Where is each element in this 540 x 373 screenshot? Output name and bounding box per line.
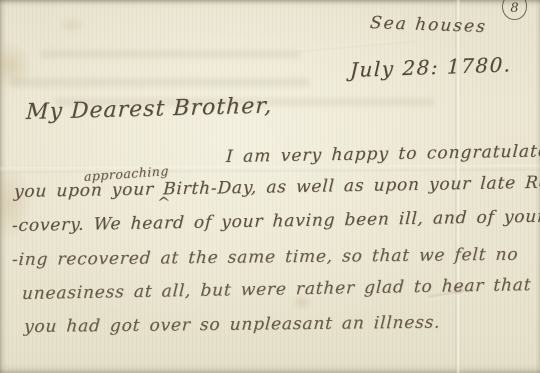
page-number: 8: [510, 1, 518, 16]
body-line: -ing recovered at the same time, so that…: [11, 245, 519, 270]
body-line: you had got over so unpleasant an illnes…: [23, 313, 441, 337]
fold-crease-diagonal: [296, 39, 416, 52]
ink-bleedthrough: [40, 50, 300, 58]
page-number-badge: 8: [502, 0, 527, 20]
body-line: I am very happy to congratulate: [225, 141, 540, 167]
ink-bleedthrough: [10, 78, 310, 87]
place-line: Sea houses: [369, 13, 488, 37]
date-line: July 28: 1780.: [350, 52, 513, 82]
salutation: My Dearest Brother,: [25, 94, 272, 125]
paper-stain: [58, 16, 86, 34]
letter-page-scan: 8 Sea houses July 28: 1780. My Dearest B…: [0, 0, 540, 373]
